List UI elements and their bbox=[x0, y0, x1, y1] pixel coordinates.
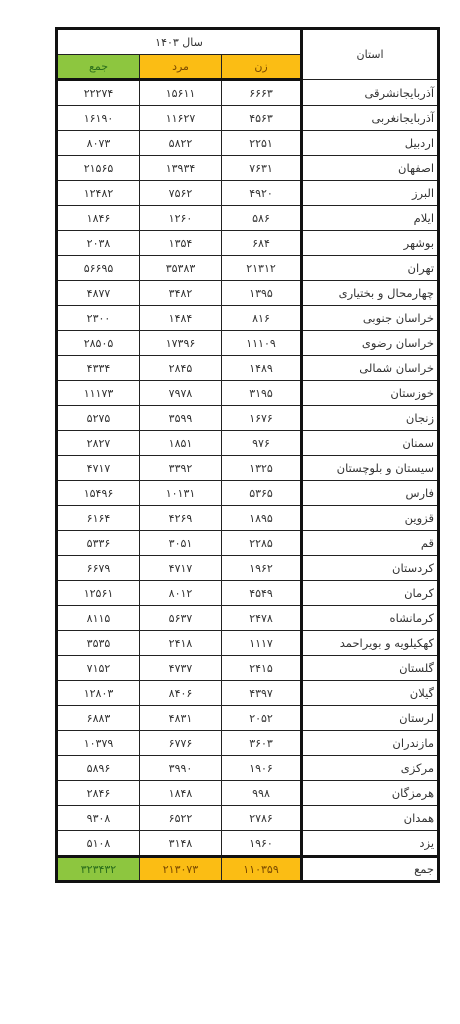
female-cell: ۴۵۶۳ bbox=[222, 106, 302, 131]
province-cell: گلستان bbox=[302, 656, 439, 681]
male-cell: ۱۸۵۱ bbox=[140, 431, 222, 456]
province-cell: آذربایجانشرقی bbox=[302, 80, 439, 106]
province-cell: تهران bbox=[302, 256, 439, 281]
province-cell: اصفهان bbox=[302, 156, 439, 181]
male-cell: ۱۱۶۲۷ bbox=[140, 106, 222, 131]
total-cell: ۱۲۸۰۳ bbox=[57, 681, 140, 706]
province-cell: سیستان و بلوچستان bbox=[302, 456, 439, 481]
total-cell: ۸۰۷۳ bbox=[57, 131, 140, 156]
province-cell: مازندران bbox=[302, 731, 439, 756]
total-cell: ۱۸۴۶ bbox=[57, 206, 140, 231]
table-row: ۶۱۶۴۴۲۶۹۱۸۹۵قزوین bbox=[57, 506, 439, 531]
total-cell: ۱۰۳۷۹ bbox=[57, 731, 140, 756]
grand-total-cell: ۳۲۳۴۳۲ bbox=[57, 857, 140, 882]
female-cell: ۴۵۴۹ bbox=[222, 581, 302, 606]
table-row: ۸۰۷۳۵۸۲۲۲۲۵۱اردبیل bbox=[57, 131, 439, 156]
female-cell: ۲۰۵۲ bbox=[222, 706, 302, 731]
province-cell: یزد bbox=[302, 831, 439, 857]
female-cell: ۸۱۶ bbox=[222, 306, 302, 331]
male-cell: ۸۰۱۲ bbox=[140, 581, 222, 606]
total-cell: ۷۱۵۲ bbox=[57, 656, 140, 681]
total-cell: ۵۶۶۹۵ bbox=[57, 256, 140, 281]
total-label-cell: جمع bbox=[302, 857, 439, 882]
table-row: ۵۸۹۶۳۹۹۰۱۹۰۶مرکزی bbox=[57, 756, 439, 781]
female-cell: ۱۱۱۰۹ bbox=[222, 331, 302, 356]
table-row: ۱۲۴۸۲۷۵۶۲۴۹۲۰البرز bbox=[57, 181, 439, 206]
female-cell: ۲۴۱۵ bbox=[222, 656, 302, 681]
male-cell: ۷۹۷۸ bbox=[140, 381, 222, 406]
province-cell: مرکزی bbox=[302, 756, 439, 781]
total-cell: ۹۳۰۸ bbox=[57, 806, 140, 831]
total-row: ۳۲۳۴۳۲۲۱۳۰۷۳۱۱۰۳۵۹جمع bbox=[57, 857, 439, 882]
province-cell: خراسان جنوبی bbox=[302, 306, 439, 331]
table-row: ۵۲۷۵۳۵۹۹۱۶۷۶زنجان bbox=[57, 406, 439, 431]
province-cell: البرز bbox=[302, 181, 439, 206]
total-cell: ۱۱۱۷۳ bbox=[57, 381, 140, 406]
province-cell: کردستان bbox=[302, 556, 439, 581]
table-row: ۱۸۴۶۱۲۶۰۵۸۶ایلام bbox=[57, 206, 439, 231]
female-cell: ۳۶۰۳ bbox=[222, 731, 302, 756]
male-cell: ۶۷۷۶ bbox=[140, 731, 222, 756]
province-cell: سمنان bbox=[302, 431, 439, 456]
female-cell: ۱۹۰۶ bbox=[222, 756, 302, 781]
table-row: ۷۱۵۲۴۷۳۷۲۴۱۵گلستان bbox=[57, 656, 439, 681]
province-cell: کهکیلویه و بویراحمد bbox=[302, 631, 439, 656]
female-cell: ۷۶۳۱ bbox=[222, 156, 302, 181]
table-row: ۶۸۸۳۴۸۳۱۲۰۵۲لرستان bbox=[57, 706, 439, 731]
female-cell: ۱۸۹۵ bbox=[222, 506, 302, 531]
male-cell: ۳۴۸۲ bbox=[140, 281, 222, 306]
male-cell: ۴۷۱۷ bbox=[140, 556, 222, 581]
province-gender-table: سال ۱۴۰۳ استان جمع مرد زن ۲۲۲۷۴۱۵۶۱۱۶۶۶۳… bbox=[55, 27, 440, 883]
female-cell: ۶۸۴ bbox=[222, 231, 302, 256]
province-cell: قم bbox=[302, 531, 439, 556]
total-cell: ۸۱۱۵ bbox=[57, 606, 140, 631]
table-row: ۲۲۲۷۴۱۵۶۱۱۶۶۶۳آذربایجانشرقی bbox=[57, 80, 439, 106]
province-cell: خراسان شمالی bbox=[302, 356, 439, 381]
header-row-year: سال ۱۴۰۳ استان bbox=[57, 29, 439, 55]
table-row: ۲۸۵۰۵۱۷۳۹۶۱۱۱۰۹خراسان رضوی bbox=[57, 331, 439, 356]
male-cell: ۴۲۶۹ bbox=[140, 506, 222, 531]
total-cell: ۶۸۸۳ bbox=[57, 706, 140, 731]
male-cell: ۳۵۹۹ bbox=[140, 406, 222, 431]
province-cell: چهارمحال و بختیاری bbox=[302, 281, 439, 306]
province-cell: قزوین bbox=[302, 506, 439, 531]
male-cell: ۳۹۹۰ bbox=[140, 756, 222, 781]
province-cell: ایلام bbox=[302, 206, 439, 231]
male-cell: ۱۰۱۳۱ bbox=[140, 481, 222, 506]
table-row: ۴۷۱۷۳۳۹۲۱۳۲۵سیستان و بلوچستان bbox=[57, 456, 439, 481]
table-row: ۱۲۵۶۱۸۰۱۲۴۵۴۹کرمان bbox=[57, 581, 439, 606]
female-cell: ۹۷۶ bbox=[222, 431, 302, 456]
male-cell: ۱۴۸۴ bbox=[140, 306, 222, 331]
table-row: ۶۶۷۹۴۷۱۷۱۹۶۲کردستان bbox=[57, 556, 439, 581]
male-column-header: مرد bbox=[140, 55, 222, 80]
total-cell: ۲۰۳۸ bbox=[57, 231, 140, 256]
female-cell: ۱۳۹۵ bbox=[222, 281, 302, 306]
male-cell: ۱۸۴۸ bbox=[140, 781, 222, 806]
total-cell: ۳۵۳۵ bbox=[57, 631, 140, 656]
male-cell: ۳۱۴۸ bbox=[140, 831, 222, 857]
table-row: ۲۸۲۷۱۸۵۱۹۷۶سمنان bbox=[57, 431, 439, 456]
total-column-header: جمع bbox=[57, 55, 140, 80]
table-row: ۱۰۳۷۹۶۷۷۶۳۶۰۳مازندران bbox=[57, 731, 439, 756]
total-cell: ۶۶۷۹ bbox=[57, 556, 140, 581]
male-cell: ۱۳۵۴ bbox=[140, 231, 222, 256]
female-cell: ۱۳۲۵ bbox=[222, 456, 302, 481]
table-row: ۸۱۱۵۵۶۳۷۲۴۷۸کرمانشاه bbox=[57, 606, 439, 631]
female-column-header: زن bbox=[222, 55, 302, 80]
total-cell: ۴۸۷۷ bbox=[57, 281, 140, 306]
male-cell: ۳۵۳۸۳ bbox=[140, 256, 222, 281]
province-cell: بوشهر bbox=[302, 231, 439, 256]
table-row: ۵۳۳۶۳۰۵۱۲۲۸۵قم bbox=[57, 531, 439, 556]
province-cell: خوزستان bbox=[302, 381, 439, 406]
table-row: ۳۵۳۵۲۴۱۸۱۱۱۷کهکیلویه و بویراحمد bbox=[57, 631, 439, 656]
female-cell: ۵۳۶۵ bbox=[222, 481, 302, 506]
total-cell: ۲۳۰۰ bbox=[57, 306, 140, 331]
female-cell: ۴۹۲۰ bbox=[222, 181, 302, 206]
year-header: سال ۱۴۰۳ bbox=[57, 29, 302, 55]
province-cell: فارس bbox=[302, 481, 439, 506]
male-cell: ۳۳۹۲ bbox=[140, 456, 222, 481]
male-cell: ۱۳۹۳۴ bbox=[140, 156, 222, 181]
male-cell: ۲۸۴۵ bbox=[140, 356, 222, 381]
male-cell: ۴۸۳۱ bbox=[140, 706, 222, 731]
table-row: ۲۱۵۶۵۱۳۹۳۴۷۶۳۱اصفهان bbox=[57, 156, 439, 181]
male-total-cell: ۲۱۳۰۷۳ bbox=[140, 857, 222, 882]
province-cell: گیلان bbox=[302, 681, 439, 706]
province-cell: هرمزگان bbox=[302, 781, 439, 806]
table-row: ۵۶۶۹۵۳۵۳۸۳۲۱۳۱۲تهران bbox=[57, 256, 439, 281]
province-cell: لرستان bbox=[302, 706, 439, 731]
male-cell: ۱۷۳۹۶ bbox=[140, 331, 222, 356]
table-row: ۲۳۰۰۱۴۸۴۸۱۶خراسان جنوبی bbox=[57, 306, 439, 331]
total-cell: ۵۲۷۵ bbox=[57, 406, 140, 431]
female-cell: ۵۸۶ bbox=[222, 206, 302, 231]
female-cell: ۶۶۶۳ bbox=[222, 80, 302, 106]
total-cell: ۵۱۰۸ bbox=[57, 831, 140, 857]
table-row: ۲۸۴۶۱۸۴۸۹۹۸هرمزگان bbox=[57, 781, 439, 806]
male-cell: ۸۴۰۶ bbox=[140, 681, 222, 706]
population-table-container: سال ۱۴۰۳ استان جمع مرد زن ۲۲۲۷۴۱۵۶۱۱۶۶۶۳… bbox=[55, 27, 437, 883]
total-cell: ۵۳۳۶ bbox=[57, 531, 140, 556]
female-cell: ۲۲۸۵ bbox=[222, 531, 302, 556]
male-cell: ۳۰۵۱ bbox=[140, 531, 222, 556]
female-cell: ۳۱۹۵ bbox=[222, 381, 302, 406]
total-cell: ۲۸۲۷ bbox=[57, 431, 140, 456]
total-cell: ۵۸۹۶ bbox=[57, 756, 140, 781]
female-total-cell: ۱۱۰۳۵۹ bbox=[222, 857, 302, 882]
total-cell: ۲۲۲۷۴ bbox=[57, 80, 140, 106]
male-cell: ۷۵۶۲ bbox=[140, 181, 222, 206]
male-cell: ۱۵۶۱۱ bbox=[140, 80, 222, 106]
province-cell: اردبیل bbox=[302, 131, 439, 156]
table-row: ۵۱۰۸۳۱۴۸۱۹۶۰یزد bbox=[57, 831, 439, 857]
female-cell: ۲۱۳۱۲ bbox=[222, 256, 302, 281]
table-row: ۴۳۳۴۲۸۴۵۱۴۸۹خراسان شمالی bbox=[57, 356, 439, 381]
female-cell: ۱۴۸۹ bbox=[222, 356, 302, 381]
province-cell: کرمان bbox=[302, 581, 439, 606]
female-cell: ۱۶۷۶ bbox=[222, 406, 302, 431]
male-cell: ۱۲۶۰ bbox=[140, 206, 222, 231]
male-cell: ۲۴۱۸ bbox=[140, 631, 222, 656]
total-cell: ۱۲۴۸۲ bbox=[57, 181, 140, 206]
total-cell: ۱۲۵۶۱ bbox=[57, 581, 140, 606]
total-cell: ۲۱۵۶۵ bbox=[57, 156, 140, 181]
total-cell: ۶۱۶۴ bbox=[57, 506, 140, 531]
male-cell: ۴۷۳۷ bbox=[140, 656, 222, 681]
male-cell: ۵۶۳۷ bbox=[140, 606, 222, 631]
province-cell: زنجان bbox=[302, 406, 439, 431]
province-cell: آذربایجانغربی bbox=[302, 106, 439, 131]
table-row: ۴۸۷۷۳۴۸۲۱۳۹۵چهارمحال و بختیاری bbox=[57, 281, 439, 306]
male-cell: ۵۸۲۲ bbox=[140, 131, 222, 156]
table-row: ۹۳۰۸۶۵۲۲۲۷۸۶همدان bbox=[57, 806, 439, 831]
table-row: ۱۲۸۰۳۸۴۰۶۴۳۹۷گیلان bbox=[57, 681, 439, 706]
female-cell: ۱۹۶۲ bbox=[222, 556, 302, 581]
total-cell: ۱۵۴۹۶ bbox=[57, 481, 140, 506]
total-cell: ۴۳۳۴ bbox=[57, 356, 140, 381]
table-row: ۱۱۱۷۳۷۹۷۸۳۱۹۵خوزستان bbox=[57, 381, 439, 406]
female-cell: ۲۲۵۱ bbox=[222, 131, 302, 156]
table-row: ۱۵۴۹۶۱۰۱۳۱۵۳۶۵فارس bbox=[57, 481, 439, 506]
table-row: ۱۶۱۹۰۱۱۶۲۷۴۵۶۳آذربایجانغربی bbox=[57, 106, 439, 131]
female-cell: ۹۹۸ bbox=[222, 781, 302, 806]
province-cell: کرمانشاه bbox=[302, 606, 439, 631]
province-cell: خراسان رضوی bbox=[302, 331, 439, 356]
total-cell: ۴۷۱۷ bbox=[57, 456, 140, 481]
female-cell: ۲۷۸۶ bbox=[222, 806, 302, 831]
province-header: استان bbox=[302, 29, 439, 80]
female-cell: ۱۹۶۰ bbox=[222, 831, 302, 857]
female-cell: ۱۱۱۷ bbox=[222, 631, 302, 656]
total-cell: ۱۶۱۹۰ bbox=[57, 106, 140, 131]
total-cell: ۲۸۵۰۵ bbox=[57, 331, 140, 356]
province-cell: همدان bbox=[302, 806, 439, 831]
total-cell: ۲۸۴۶ bbox=[57, 781, 140, 806]
table-row: ۲۰۳۸۱۳۵۴۶۸۴بوشهر bbox=[57, 231, 439, 256]
male-cell: ۶۵۲۲ bbox=[140, 806, 222, 831]
female-cell: ۴۳۹۷ bbox=[222, 681, 302, 706]
female-cell: ۲۴۷۸ bbox=[222, 606, 302, 631]
